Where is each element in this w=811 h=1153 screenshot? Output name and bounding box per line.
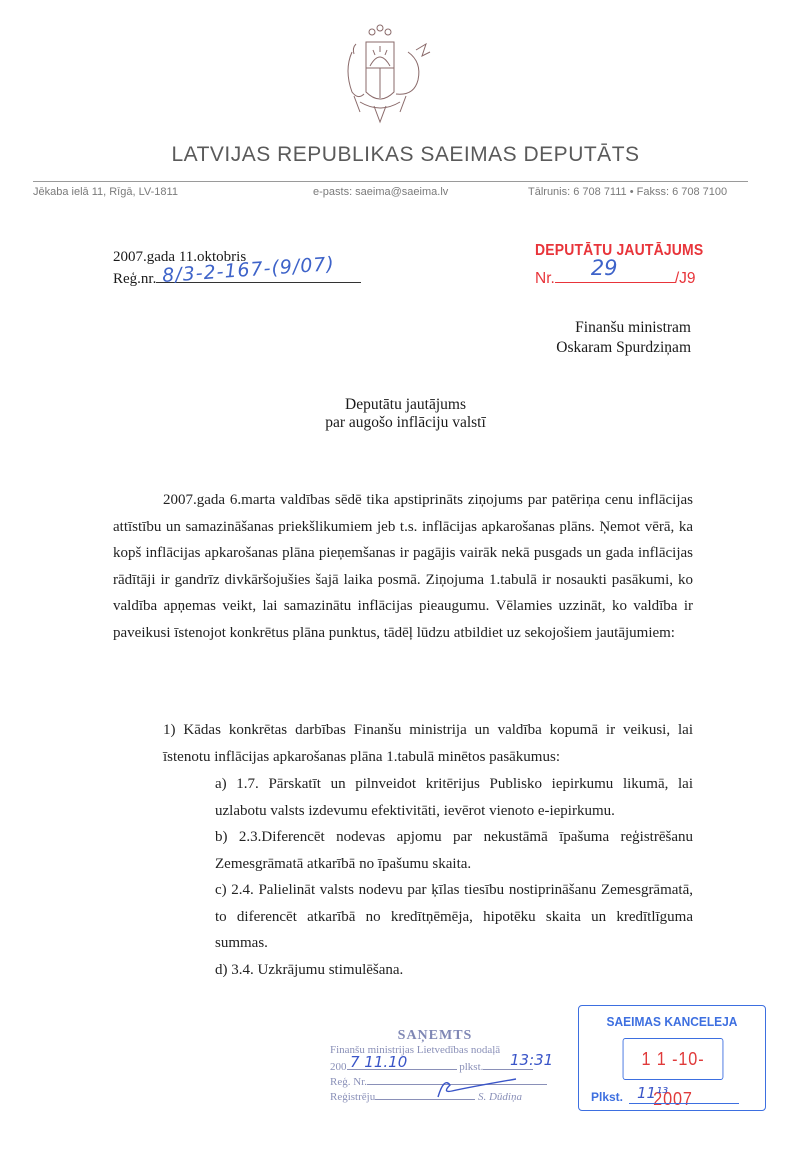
received-stamp: SAŅEMTS Finanšu ministrijas Lietvedības …: [330, 1028, 570, 1104]
registration-label: Reģ.nr.: [113, 271, 156, 287]
question-1: 1) Kādas konkrētas darbības Finanšu mini…: [163, 717, 693, 770]
received-registered-label: Reģistrēju: [330, 1091, 375, 1103]
subject-topic: par augošo inflāciju valstī: [0, 414, 811, 432]
latvia-coat-of-arms-icon: [330, 22, 450, 132]
question-item-d: d) 3.4. Uzkrājumu stimulēšana.: [215, 957, 693, 984]
chancery-stamp: SAEIMAS KANCELEJA 1 1 -10- 2007 Plkst. 1…: [578, 1005, 766, 1111]
inquiry-number-label: Nr.: [535, 270, 555, 287]
received-time-handwritten: 13:31: [510, 1051, 553, 1069]
letterhead-address: Jēkaba ielā 11, Rīgā, LV-1811: [33, 186, 178, 198]
received-time-label: plkst.: [459, 1061, 483, 1073]
letterhead-title: LATVIJAS REPUBLIKAS SAEIMAS DEPUTĀTS: [0, 143, 811, 167]
received-reg-label: Reģ. Nr.: [330, 1076, 367, 1088]
letterhead-divider: [33, 181, 748, 182]
received-registrar-row: Reģistrēju S. Dūdiņa: [330, 1089, 570, 1104]
inquiry-number-field: 29: [555, 268, 675, 283]
inquiry-stamp-title: DEPUTĀTU JAUTĀJUMS: [535, 242, 703, 260]
inquiry-number-handwritten: 29: [591, 256, 618, 280]
chancery-time-label: Plkst.: [591, 1090, 623, 1104]
received-year-prefix: 200: [330, 1061, 347, 1073]
chancery-time-handwritten: 11¹³: [637, 1084, 668, 1102]
body-paragraph: 2007.gada 6.marta valdības sēdē tika aps…: [113, 487, 693, 646]
question-item-c: c) 2.4. Palielināt valsts nodevu par ķīl…: [215, 877, 693, 957]
recipient-name: Oskaram Spurdziņam: [556, 339, 691, 357]
signature-icon: [430, 1075, 520, 1101]
received-stamp-title: SAŅEMTS: [300, 1028, 570, 1044]
inquiry-number-suffix: /J9: [675, 270, 696, 287]
chancery-stamp-date: 1 1 -10- 2007: [623, 1038, 724, 1080]
registration-number: Reģ.nr.8/3-2-167-(9/07): [113, 268, 361, 288]
inquiry-stamp-number: Nr.29/J9: [535, 268, 696, 288]
question-item-b: b) 2.3.Diferencēt nodevas apjomu par nek…: [215, 824, 693, 877]
subject-heading: Deputātu jautājums: [0, 396, 811, 414]
recipient-title: Finanšu ministram: [575, 319, 691, 337]
received-date-row: 200 plkst. 7 11.10 13:31: [330, 1059, 570, 1074]
question-item-a: a) 1.7. Pārskatīt un pilnveidot kritērij…: [215, 771, 693, 824]
registration-field: 8/3-2-167-(9/07): [156, 268, 361, 283]
received-date-handwritten: 7 11.10: [350, 1053, 407, 1071]
chancery-stamp-title: SAEIMAS KANCELEJA: [586, 1014, 757, 1029]
letterhead-email: e-pasts: saeima@saeima.lv: [313, 186, 448, 198]
chancery-time-field: [629, 1103, 739, 1104]
letterhead-phone-fax: Tālrunis: 6 708 7111 • Fakss: 6 708 7100: [528, 186, 727, 198]
